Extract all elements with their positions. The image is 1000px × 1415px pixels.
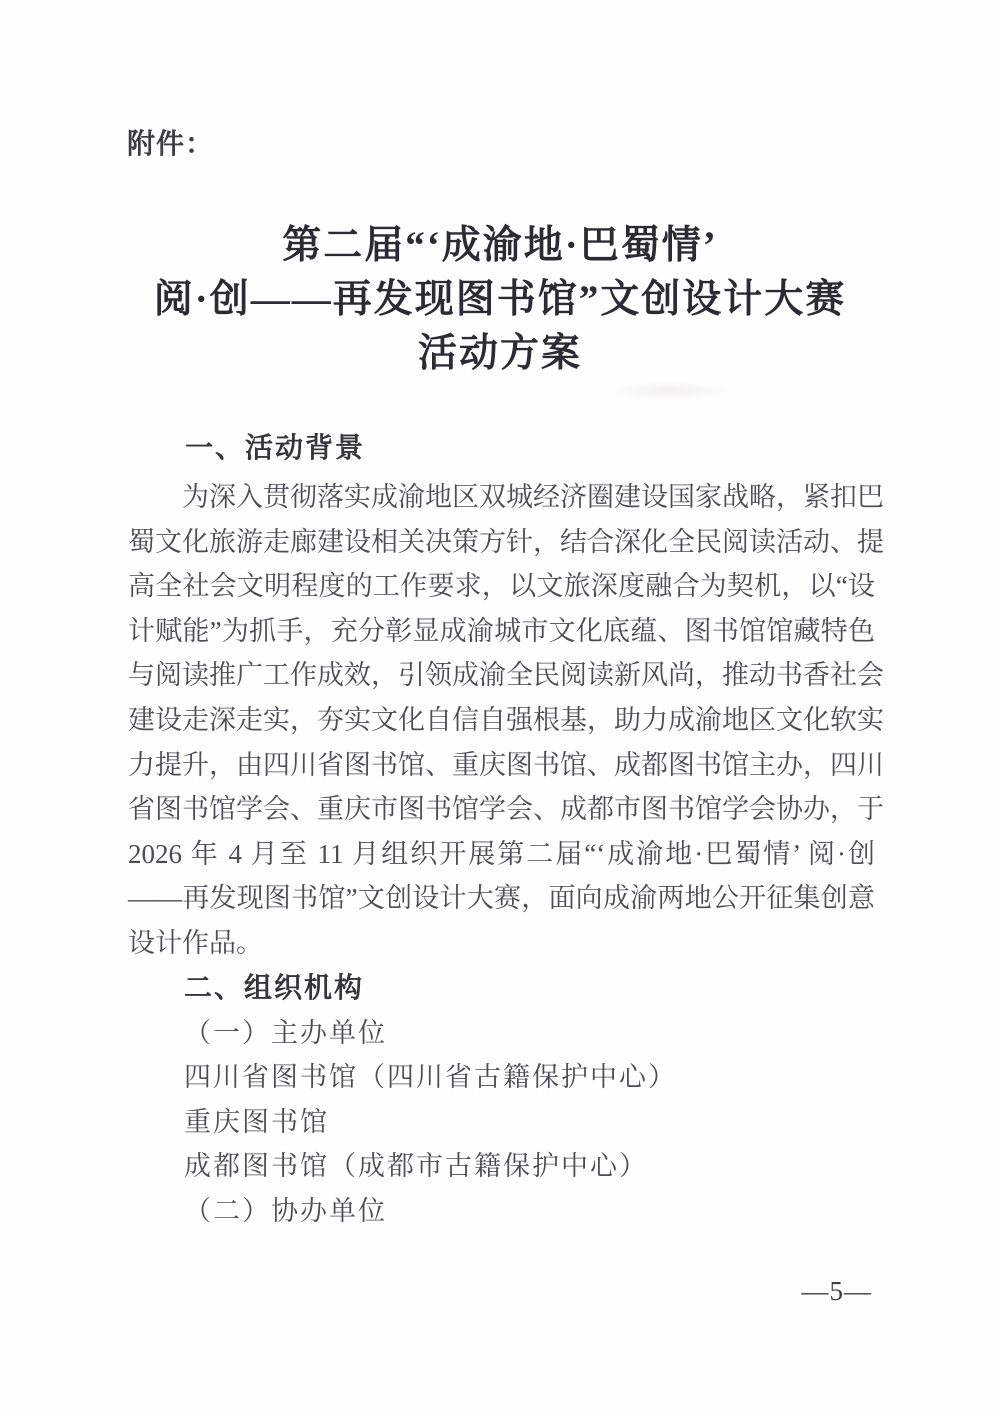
paragraph-line: 2026 年 4 月至 11 月组织开展第二届“‘成渝地·巴蜀情’ 阅·创 [128, 832, 875, 877]
paragraph-line: 力提升，由四川省图书馆、重庆图书馆、成都图书馆主办，四川 [128, 743, 875, 788]
section1-heading: 一、活动背景 [185, 431, 365, 465]
paragraph-line: 计赋能”为抓手，充分彰显成渝城市文化底蕴、图书馆馆藏特色 [128, 609, 875, 654]
scan-artifact [610, 382, 730, 400]
org-subheading-hosts: （一）主办单位 [128, 1011, 875, 1056]
org-item-chengdu-library: 成都图书馆（成都市古籍保护中心） [128, 1144, 875, 1189]
title-line-1: 第二届“‘成渝地·巴蜀情’ [0, 219, 1000, 273]
section1-paragraph: 为深入贯彻落实成渝地区双城经济圈建设国家战略，紧扣巴 蜀文化旅游走廊建设相关决策… [128, 475, 875, 966]
section2: 二、组织机构 （一）主办单位 四川省图书馆（四川省古籍保护中心） 重庆图书馆 成… [128, 966, 875, 1234]
org-subheading-coorganizers: （二）协办单位 [128, 1189, 875, 1234]
org-item-sichuan-library: 四川省图书馆（四川省古籍保护中心） [128, 1055, 875, 1100]
paragraph-line: 蜀文化旅游走廊建设相关决策方针，结合深化全民阅读活动、提 [128, 520, 875, 565]
document-page: 附件： 第二届“‘成渝地·巴蜀情’ 阅·创——再发现图书馆”文创设计大赛 活动方… [0, 0, 1000, 1415]
paragraph-line: 高全社会文明程度的工作要求，以文旅深度融合为契机，以“设 [128, 564, 875, 609]
paragraph-line: 建设走深走实，夯实文化自信自强根基，助力成渝地区文化软实 [128, 698, 875, 743]
paragraph-line: 设计作品。 [128, 921, 875, 966]
org-item-chongqing-library: 重庆图书馆 [128, 1100, 875, 1145]
title-line-3: 活动方案 [0, 327, 1000, 381]
section2-heading: 二、组织机构 [128, 966, 875, 1011]
paragraph-line: 与阅读推广工作成效，引领成渝全民阅读新风尚，推动书香社会 [128, 653, 875, 698]
page-number: —5— [802, 1276, 873, 1307]
title-line-2: 阅·创——再发现图书馆”文创设计大赛 [0, 273, 1000, 327]
paragraph-line: 为深入贯彻落实成渝地区双城经济圈建设国家战略，紧扣巴 [128, 475, 875, 520]
paragraph-line: 省图书馆学会、重庆市图书馆学会、成都市图书馆学会协办，于 [128, 787, 875, 832]
document-title: 第二届“‘成渝地·巴蜀情’ 阅·创——再发现图书馆”文创设计大赛 活动方案 [0, 219, 1000, 381]
paragraph-line: ——再发现图书馆”文创设计大赛，面向成渝两地公开征集创意 [128, 876, 875, 921]
attachment-label: 附件： [127, 122, 214, 162]
